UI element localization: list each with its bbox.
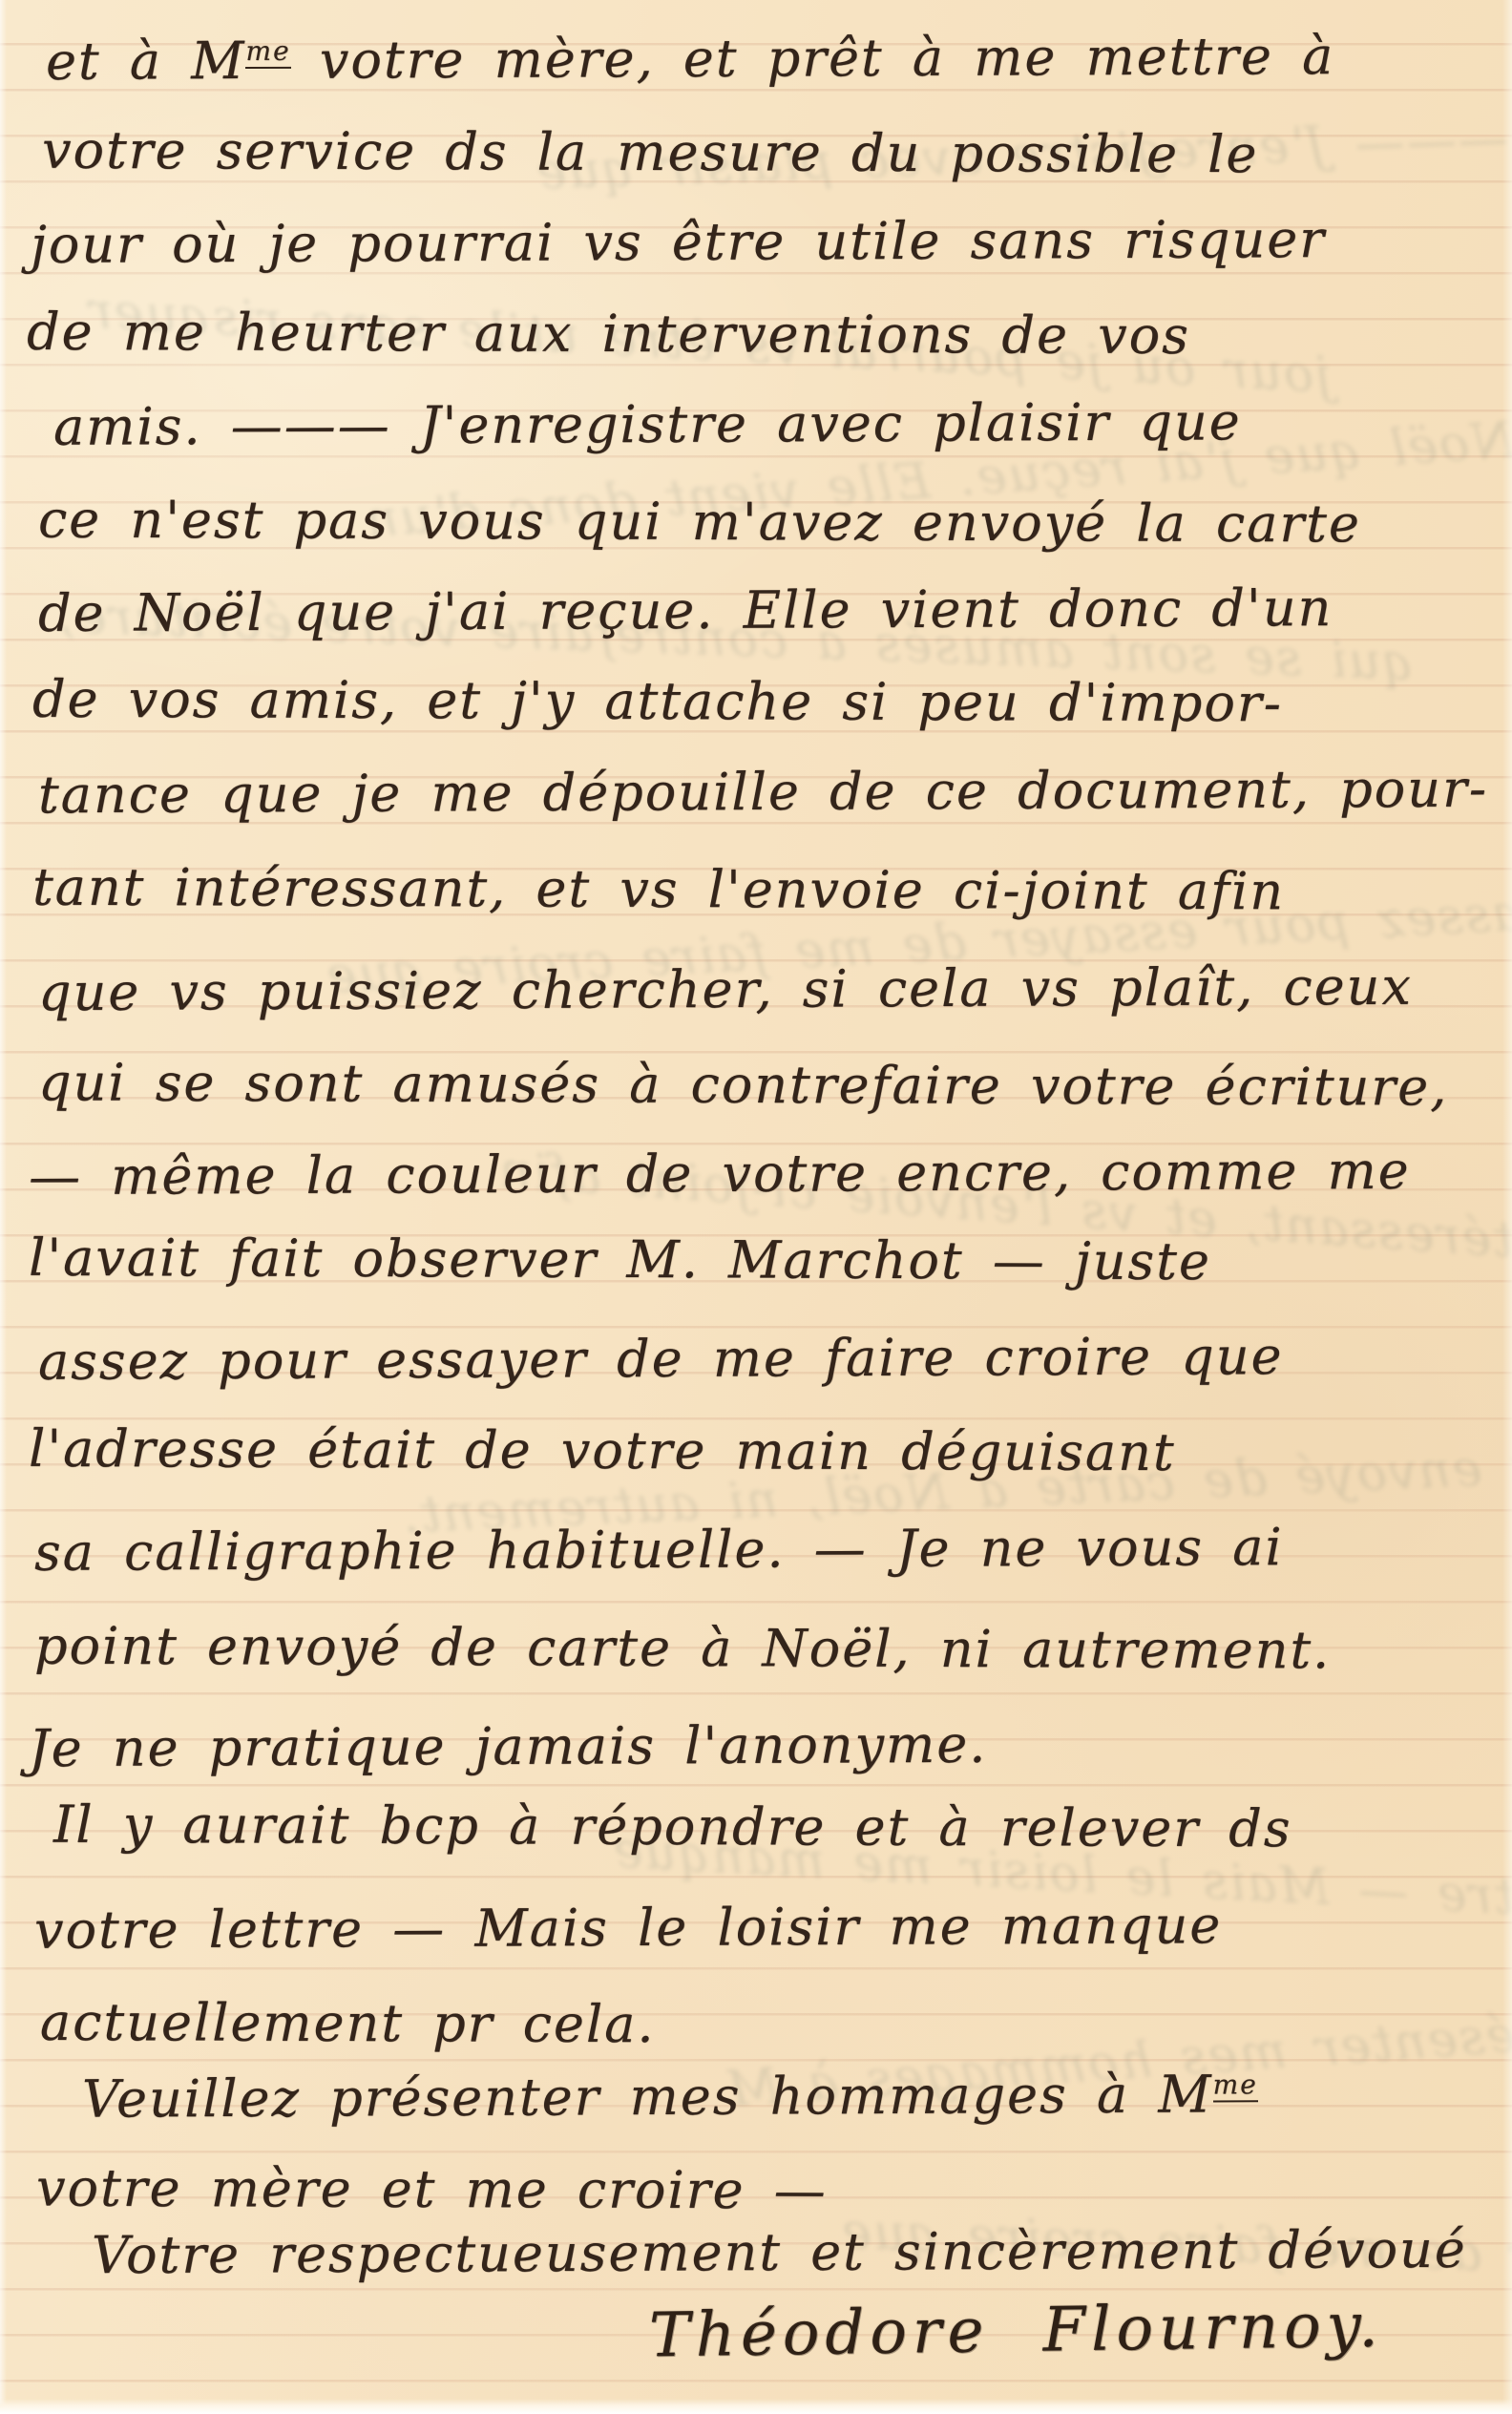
letter-line: ce n'est pas vous qui m'avez envoyé la c… [38,490,1361,555]
superscript: me [245,35,290,69]
letter-line: l'avait fait observer M. Marchot — juste [29,1228,1211,1291]
letter-line: Votre respectueusement et sincèrement dé… [92,2219,1467,2285]
line-text: sa calligraphie habituelle. — Je ne vous… [34,1517,1284,1583]
line-text: — même la couleur de votre encre, comme … [29,1141,1411,1207]
letter-line: votre mère et me croire — [36,2158,828,2221]
line-text: de Noël que j'ai reçue. Elle vient donc … [38,577,1333,643]
scan-edge-bottom [0,2399,1512,2414]
line-text: votre service ds la mesure du possible l… [42,120,1259,184]
letter-line: tant intéressant, et vs l'envoie ci-join… [32,857,1285,922]
line-text: et à M [46,31,246,92]
line-text: l'avait fait observer M. Marchot — juste [29,1228,1211,1291]
line-text: Votre respectueusement et sincèrement dé… [92,2219,1467,2285]
letter-line: que vs puissiez chercher, si cela vs pla… [38,956,1413,1022]
letter-line: de vos amis, et j'y attache si peu d'imp… [32,669,1283,734]
line-text: tance que je me dépouille de ce document… [38,759,1488,826]
line-text: point envoyé de carte à Noël, ni autreme… [34,1616,1331,1681]
line-text: Veuillez présenter mes hommages à M [82,2065,1213,2130]
line-text: de me heurter aux interventions de vos [27,302,1190,366]
letter-line: jour où je pourrai vs être utile sans ri… [31,209,1326,275]
line-text: tant intéressant, et vs l'envoie ci-join… [32,857,1285,922]
scan-edge-left [0,0,7,2414]
line-text: Il y aurait bcp à répondre et à relever … [53,1795,1292,1859]
line-text: amis. ——— J'enregistre avec plaisir que [53,391,1242,456]
line-text: qui se sont amusés à contrefaire votre é… [38,1052,1449,1117]
letter-line: qui se sont amusés à contrefaire votre é… [38,1052,1449,1117]
letter-page: amis. ——— J'enregistre avec plaisir que … [0,0,1512,2414]
line-text: votre mère, et prêt à me mettre à [291,26,1335,91]
line-text: actuellement pr cela. [40,1992,656,2054]
letter-line: de Noël que j'ai reçue. Elle vient donc … [38,577,1333,643]
line-text: votre mère et me croire — [36,2158,828,2221]
letter-line: l'adresse était de votre main déguisant [29,1418,1176,1482]
line-text: l'adresse était de votre main déguisant [29,1418,1176,1482]
letter-line: sa calligraphie habituelle. — Je ne vous… [34,1517,1284,1583]
superscript: me [1212,2068,1257,2102]
line-text: de vos amis, et j'y attache si peu d'imp… [32,669,1283,734]
letter-line: de me heurter aux interventions de vos [27,302,1190,366]
letter-line: Je ne pratique jamais l'anonyme. [29,1714,988,1778]
letter-line: actuellement pr cela. [40,1992,656,2054]
letter-line: et à Mme votre mère, et prêt à me mettre… [46,26,1334,92]
signature: Théodore Flournoy. [649,2291,1385,2372]
letter-line: point envoyé de carte à Noël, ni autreme… [34,1616,1331,1681]
letter-line: assez pour essayer de me faire croire qu… [38,1326,1284,1392]
letter-line: Il y aurait bcp à répondre et à relever … [53,1795,1292,1859]
handwriting-layer: et à Mme votre mère, et prêt à me mettre… [0,0,1512,2414]
line-text: Je ne pratique jamais l'anonyme. [29,1714,988,1778]
line-text: jour où je pourrai vs être utile sans ri… [31,209,1326,275]
line-text: assez pour essayer de me faire croire qu… [38,1326,1284,1392]
line-text: votre lettre — Mais le loisir me manque [34,1895,1222,1960]
line-text: ce n'est pas vous qui m'avez envoyé la c… [38,490,1361,555]
letter-line: votre lettre — Mais le loisir me manque [34,1895,1222,1960]
letter-line: amis. ——— J'enregistre avec plaisir que [53,391,1242,456]
letter-line: — même la couleur de votre encre, comme … [29,1141,1411,1207]
scan-edge-right [1502,0,1512,2414]
letter-line: tance que je me dépouille de ce document… [38,759,1488,826]
line-text: que vs puissiez chercher, si cela vs pla… [38,956,1413,1022]
letter-line: votre service ds la mesure du possible l… [42,120,1259,184]
letter-line: Veuillez présenter mes hommages à Mme [82,2064,1258,2129]
